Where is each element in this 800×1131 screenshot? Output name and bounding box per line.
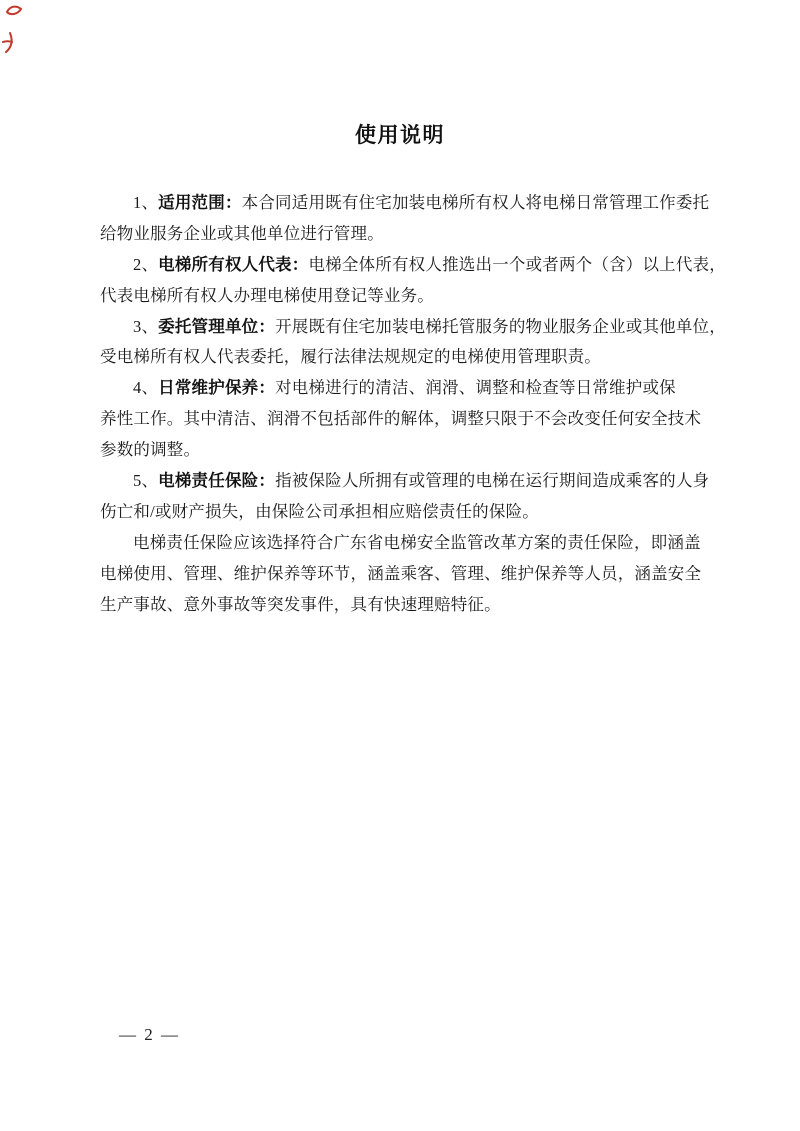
body-text: 对电梯进行的清洁、润滑、调整和检查等日常维护或保 bbox=[275, 378, 676, 397]
body-text: 3、 bbox=[133, 317, 158, 336]
body-text: 电梯全体所有权人推选出一个或者两个（含）以上代表， bbox=[308, 255, 726, 274]
document-page: 使用说明 1、适用范围：本合同适用既有住宅加装电梯所有权人将电梯日常管理工作委托… bbox=[0, 0, 800, 1131]
text-line: 生产事故、意外事故等突发事件，具有快速理赔特征。 bbox=[100, 590, 704, 621]
term-label: 日常维护保养： bbox=[158, 379, 275, 397]
body-text: 代表电梯所有权人办理电梯使用登记等业务。 bbox=[100, 286, 434, 305]
term-label: 委托管理单位： bbox=[158, 318, 275, 336]
body-text: 生产事故、意外事故等突发事件，具有快速理赔特征。 bbox=[100, 595, 501, 614]
body-text: 4、 bbox=[133, 378, 158, 397]
body-text: 电梯责任保险应该选择符合广东省电梯安全监管改革方案的责任保险，即涵盖 bbox=[133, 533, 701, 552]
text-line: 3、委托管理单位：开展既有住宅加装电梯托管服务的物业服务企业或其他单位， bbox=[100, 312, 704, 343]
body-text: 指被保险人所拥有或管理的电梯在运行期间造成乘客的人身 bbox=[275, 471, 709, 490]
term-label: 适用范围： bbox=[158, 194, 242, 212]
document-body: 1、适用范围：本合同适用既有住宅加装电梯所有权人将电梯日常管理工作委托给物业服务… bbox=[100, 188, 704, 620]
text-line: 伤亡和/或财产损失，由保险公司承担相应赔偿责任的保险。 bbox=[100, 497, 704, 528]
red-ink-mark-top bbox=[5, 3, 25, 19]
text-line: 4、日常维护保养：对电梯进行的清洁、润滑、调整和检查等日常维护或保 bbox=[100, 373, 704, 404]
text-line: 5、电梯责任保险：指被保险人所拥有或管理的电梯在运行期间造成乘客的人身 bbox=[100, 466, 704, 497]
body-text: 受电梯所有权人代表委托，履行法律法规规定的电梯使用管理职责。 bbox=[100, 347, 601, 366]
page-number: — 2 — bbox=[119, 1025, 180, 1045]
text-line: 参数的调整。 bbox=[100, 435, 704, 466]
body-text: 电梯使用、管理、维护保养等环节，涵盖乘客、管理、维护保养等人员，涵盖安全 bbox=[100, 564, 701, 583]
text-line: 电梯使用、管理、维护保养等环节，涵盖乘客、管理、维护保养等人员，涵盖安全 bbox=[100, 559, 704, 590]
term-label: 电梯责任保险： bbox=[158, 472, 275, 490]
body-text: 伤亡和/或财产损失，由保险公司承担相应赔偿责任的保险。 bbox=[100, 502, 539, 521]
body-text: 本合同适用既有住宅加装电梯所有权人将电梯日常管理工作委托 bbox=[242, 193, 710, 212]
body-text: 开展既有住宅加装电梯托管服务的物业服务企业或其他单位， bbox=[275, 317, 726, 336]
body-text: 给物业服务企业或其他单位进行管理。 bbox=[100, 224, 384, 243]
page-title: 使用说明 bbox=[0, 125, 800, 147]
text-line: 1、适用范围：本合同适用既有住宅加装电梯所有权人将电梯日常管理工作委托 bbox=[100, 188, 704, 219]
body-text: 5、 bbox=[133, 471, 158, 490]
body-text: 参数的调整。 bbox=[100, 440, 200, 459]
text-line: 代表电梯所有权人办理电梯使用登记等业务。 bbox=[100, 281, 704, 312]
text-line: 养性工作。其中清洁、润滑不包括部件的解体，调整只限于不会改变任何安全技术 bbox=[100, 404, 704, 435]
body-text: 2、 bbox=[133, 255, 158, 274]
body-text: 养性工作。其中清洁、润滑不包括部件的解体，调整只限于不会改变任何安全技术 bbox=[100, 409, 701, 428]
term-label: 电梯所有权人代表： bbox=[158, 256, 308, 274]
text-line: 给物业服务企业或其他单位进行管理。 bbox=[100, 219, 704, 250]
red-ink-mark-left bbox=[0, 32, 16, 54]
text-line: 电梯责任保险应该选择符合广东省电梯安全监管改革方案的责任保险，即涵盖 bbox=[100, 528, 704, 559]
text-line: 受电梯所有权人代表委托，履行法律法规规定的电梯使用管理职责。 bbox=[100, 342, 704, 373]
body-text: 1、 bbox=[133, 193, 158, 212]
text-line: 2、电梯所有权人代表：电梯全体所有权人推选出一个或者两个（含）以上代表， bbox=[100, 250, 704, 281]
